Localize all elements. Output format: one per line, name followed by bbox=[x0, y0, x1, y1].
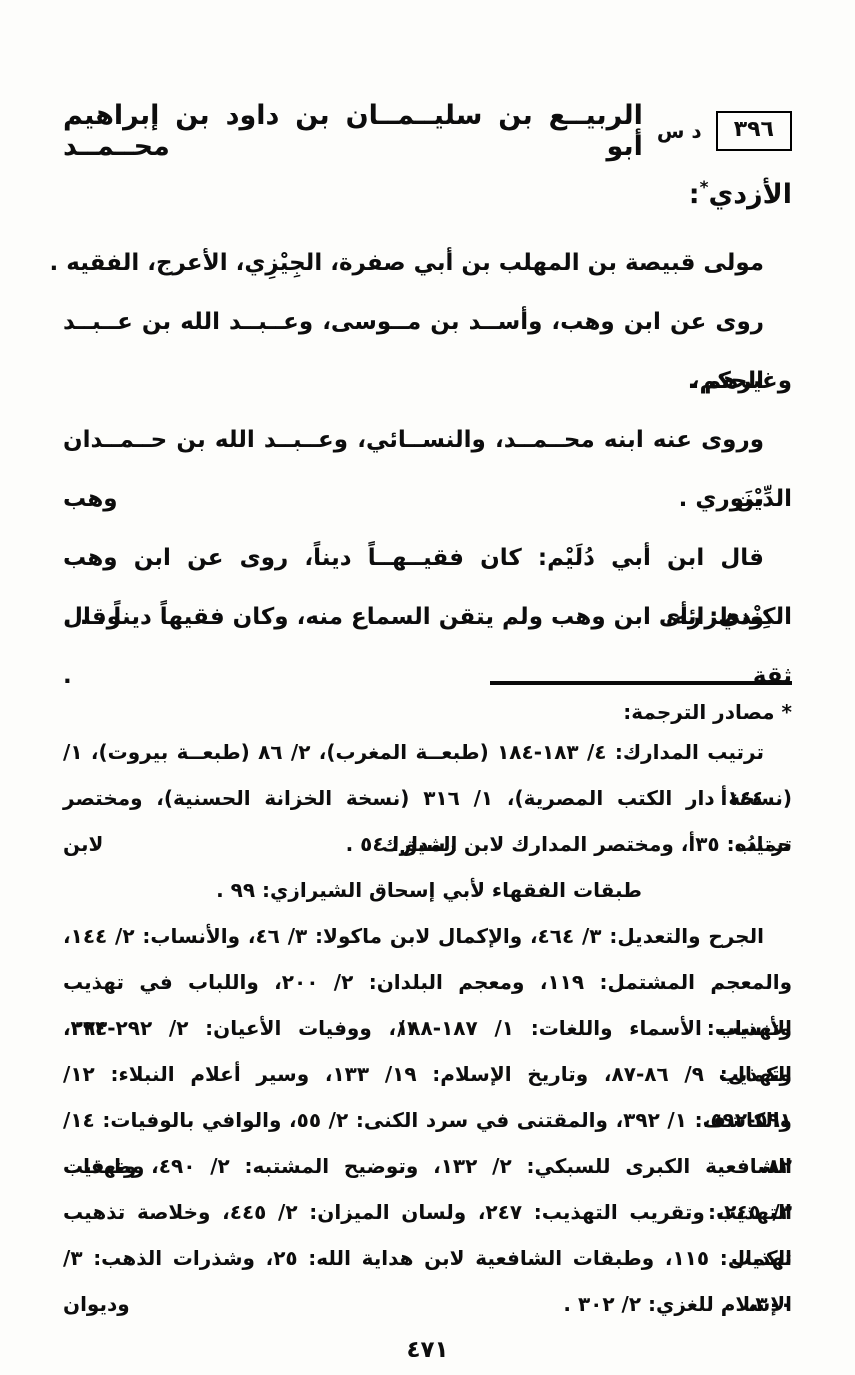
entry-name: الربيــع بن سليــمــان بن داود بن إبراهي… bbox=[63, 100, 643, 162]
entry-body: مولى قبيصة بن المهلب بن أبي صفرة، الجِيْ… bbox=[63, 234, 792, 647]
footnote-line: الكمال: ٩/ ٨٦-٨٧، وتاريخ الإسلام: ١٩/ ١٣… bbox=[63, 1051, 792, 1097]
body-line: روى عن ابن وهب، وأســد بن مــوسى، وعــبـ… bbox=[63, 293, 792, 352]
entry-heading-line1: ٣٩٦ د س الربيــع بن سليــمــان بن داود ب… bbox=[63, 100, 792, 162]
entry-heading-line2: الأزدي*: bbox=[63, 178, 792, 210]
footnote-line: وتهذيب الأسماء واللغات: ١/ ١٨٧-١٨٨، ووفي… bbox=[63, 1005, 792, 1051]
footnote-line: (نسخة دار الكتب المصرية)، ١/ ٣١٦ (نسخة ا… bbox=[63, 775, 792, 821]
entry-heading: ٣٩٦ د س الربيــع بن سليــمــان بن داود ب… bbox=[63, 100, 792, 210]
footnote-star: * bbox=[782, 700, 792, 724]
heading-colon: : bbox=[689, 179, 700, 210]
footnote-line: الكمال: ١١٥، وطبقات الشافعية لابن هداية … bbox=[63, 1235, 792, 1281]
body-line: قال ابن أبي دُلَيْم: كان فقيــهــاً دينا… bbox=[63, 529, 792, 588]
book-page: ٣٩٦ د س الربيــع بن سليــمــان بن داود ب… bbox=[0, 0, 855, 1375]
footnote-heading-text: مصادر الترجمة: bbox=[623, 700, 774, 724]
body-line: وروى عنه ابنه محــمــد، والنســائي، وعــ… bbox=[63, 411, 792, 470]
footnote-line: والمعجم المشتمل: ١١٩، ومعجم البلدان: ٢/ … bbox=[63, 959, 792, 1005]
body-line: الكِنْدي: رأى ابن وهب ولم يتقن السماع من… bbox=[63, 588, 792, 647]
footnote-line: طبقات الفقهاء لأبي إسحاق الشيرازي: ٩٩ . bbox=[63, 867, 792, 913]
rijal-symbols: د س bbox=[657, 119, 702, 143]
body-line: وغيرهم . bbox=[63, 352, 792, 411]
entry-name-continued: الأزدي bbox=[708, 179, 792, 210]
footnote-block: * مصادر الترجمة: ترتيب المدارك: ٤/ ١٨٣-١… bbox=[63, 695, 792, 1327]
footnote-line: ٣/ ٢٤٥، وتقريب التهذيب: ٢٤٧، ولسان الميز… bbox=[63, 1189, 792, 1235]
entry-number-box: ٣٩٦ bbox=[716, 111, 792, 152]
footnote-line: والكاشف: ١/ ٣٩٢، والمقتنى في سرد الكنى: … bbox=[63, 1097, 792, 1143]
footnote-line: الشافعية الكبرى للسبكي: ٢/ ١٣٢، وتوضيح ا… bbox=[63, 1143, 792, 1189]
body-line: مولى قبيصة بن المهلب بن أبي صفرة، الجِيْ… bbox=[63, 234, 792, 293]
entry-number: ٣٩٦ bbox=[734, 117, 774, 142]
footnote-line: ترتيب المدارك: ٤/ ١٨٣-١٨٤ (طبعــة المغرب… bbox=[63, 729, 792, 775]
footnote-line: الجرح والتعديل: ٣/ ٤٦٤، والإكمال لابن ما… bbox=[63, 913, 792, 959]
page-number: ٤٧١ bbox=[63, 1337, 792, 1363]
